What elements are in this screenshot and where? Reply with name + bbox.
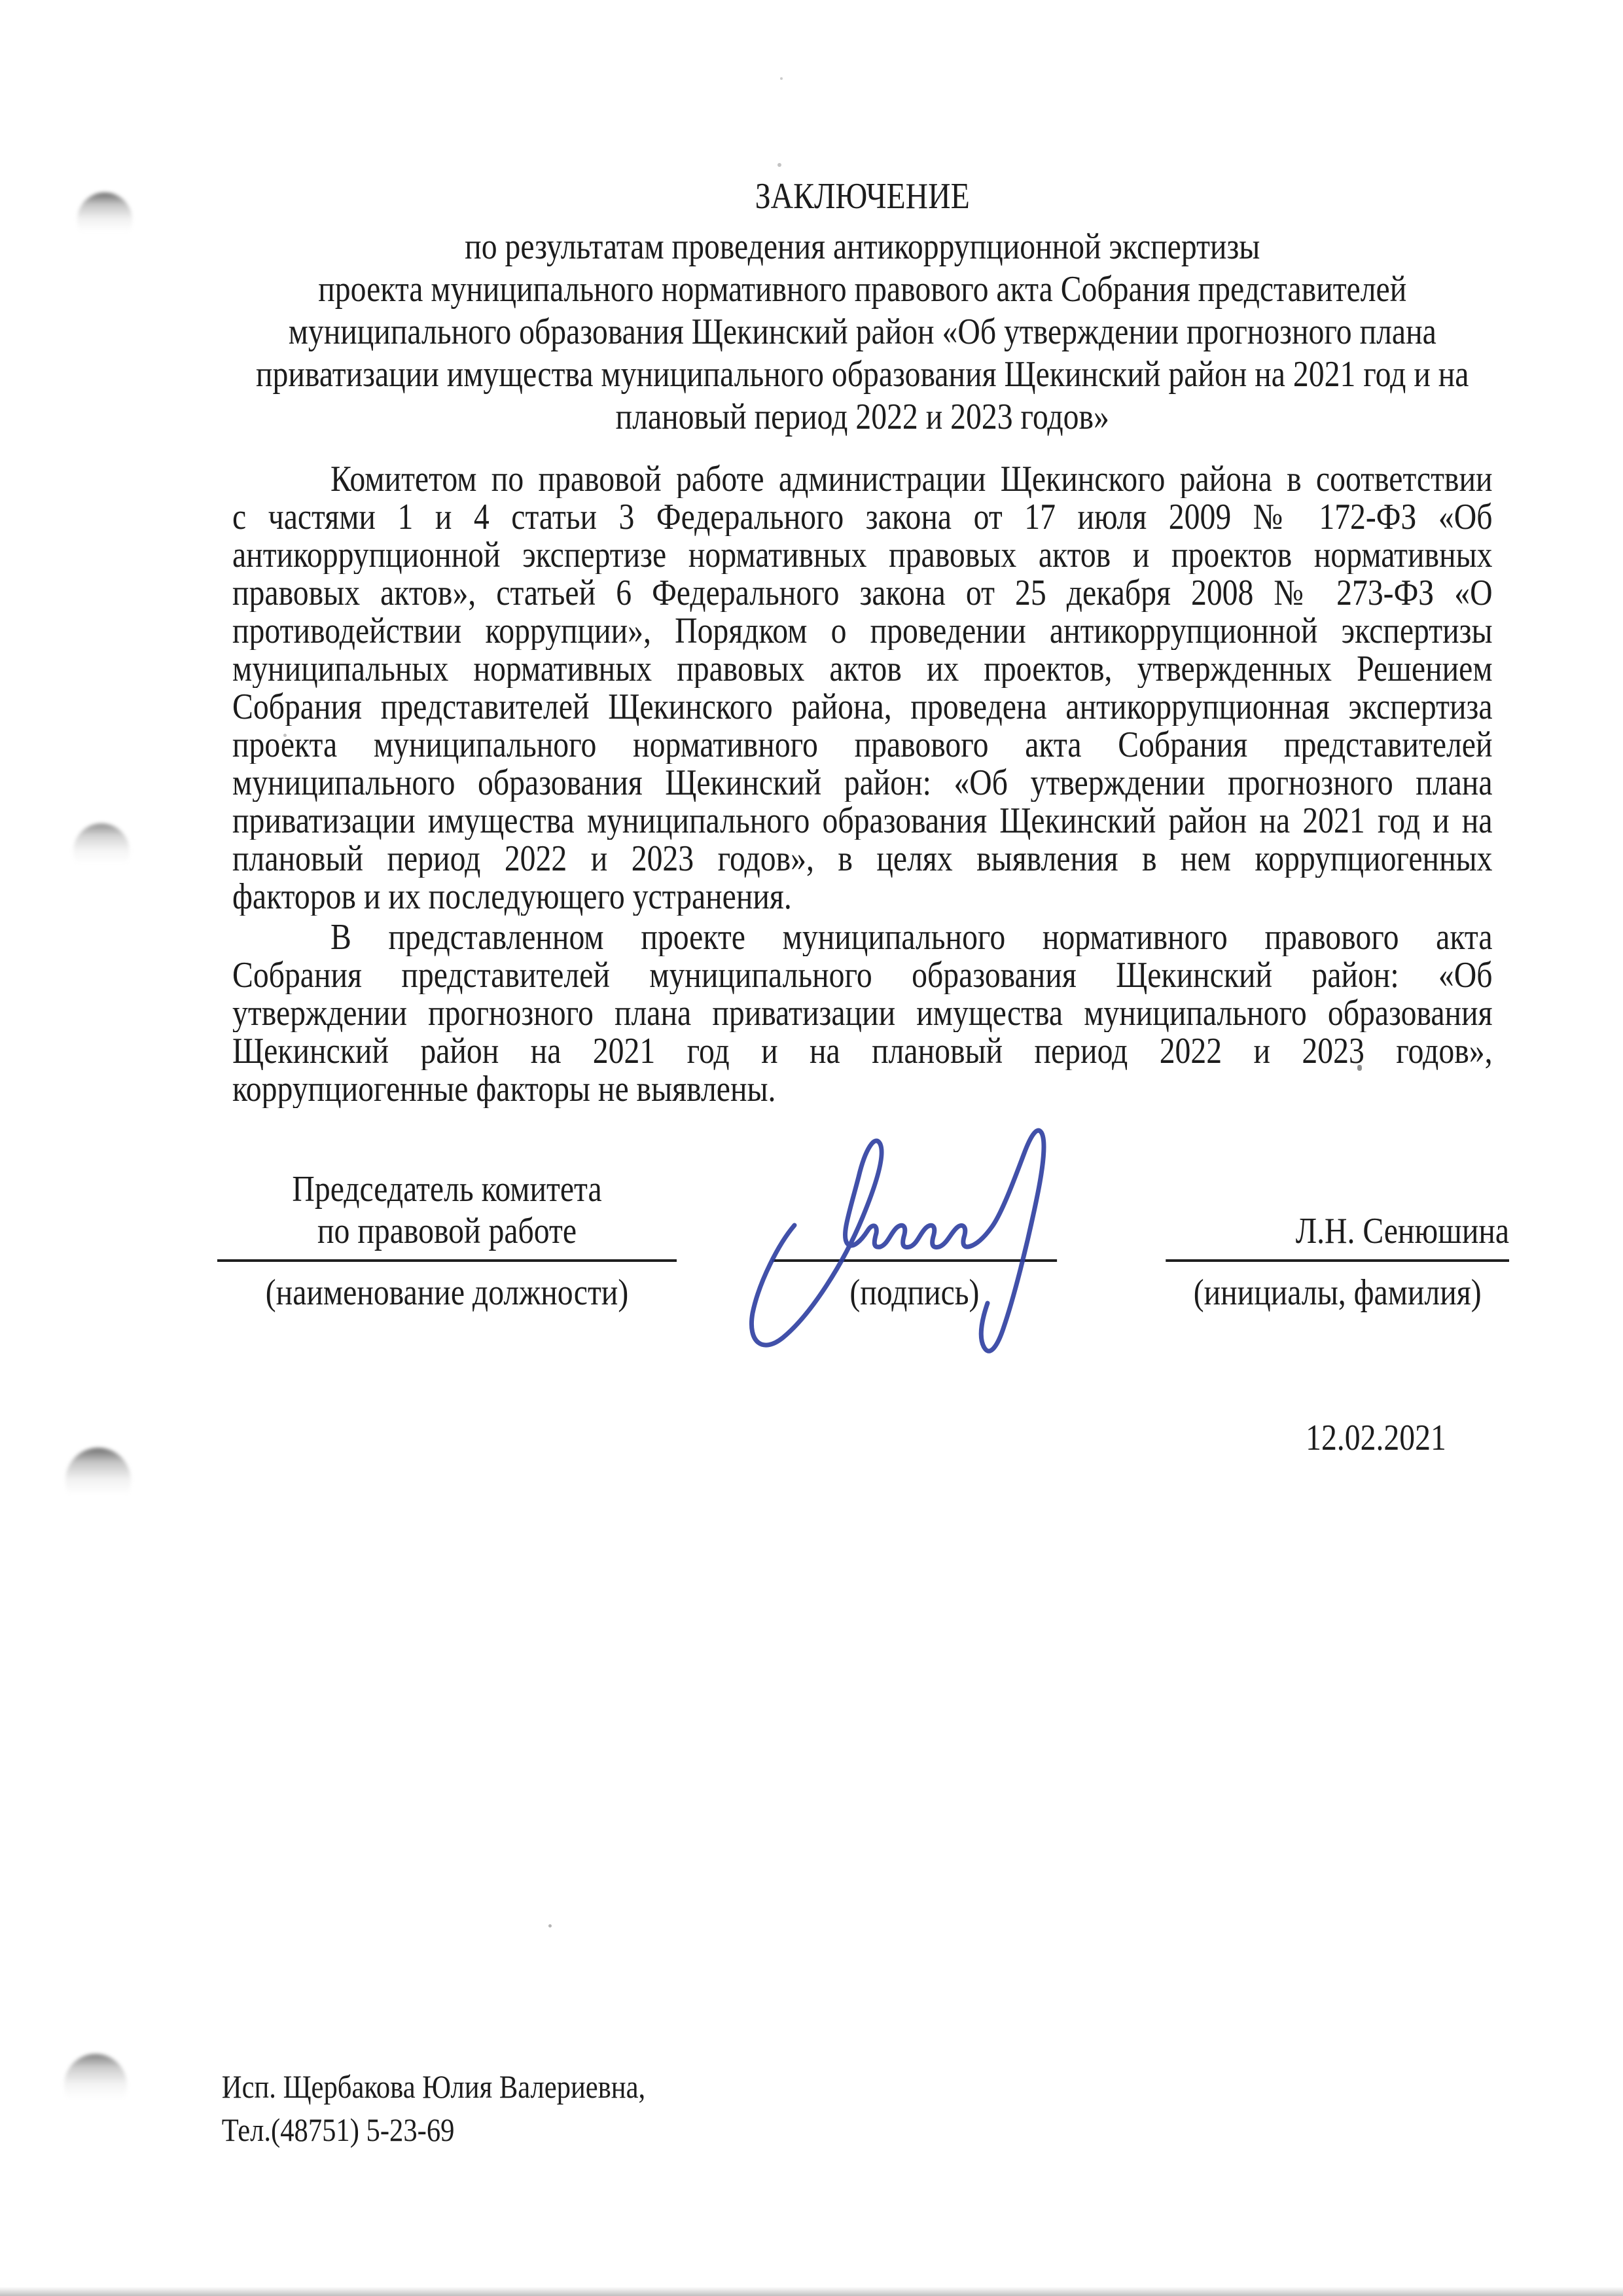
paragraph-line: муниципальных нормативных правовых актов… bbox=[232, 650, 1493, 688]
signer-name: Л.Н. Сенюшина bbox=[1166, 1212, 1509, 1250]
paragraph-line: плановый период 2022 и 2023 годов», в це… bbox=[232, 840, 1493, 878]
document-date: 12.02.2021 bbox=[1306, 1419, 1446, 1457]
paragraph-line: муниципального образования Щекинский рай… bbox=[232, 764, 1493, 802]
paragraph-line: приватизации имущества муниципального об… bbox=[232, 802, 1493, 840]
paragraph-line: В представленном проекте муниципального … bbox=[232, 918, 1493, 956]
signature-rule-position bbox=[217, 1259, 677, 1262]
paragraph-line: правовых актов», статьей 6 Федерального … bbox=[232, 574, 1493, 612]
body-paragraph-2: В представленном проекте муниципального … bbox=[232, 918, 1493, 1108]
punch-hole-artifact bbox=[77, 192, 132, 247]
subject-line: проекта муниципального нормативного прав… bbox=[232, 268, 1493, 311]
subject-line: приватизации имущества муниципального об… bbox=[232, 353, 1493, 396]
paragraph-line: Собрания представителей муниципального о… bbox=[232, 956, 1493, 994]
document-title-block: ЗАКЛЮЧЕНИЕ по результатам проведения ант… bbox=[232, 175, 1493, 439]
scanner-bottom-edge-artifact bbox=[0, 2287, 1623, 2296]
punch-hole-artifact bbox=[65, 1448, 131, 1513]
paragraph-line: антикоррупционной экспертизе нормативных… bbox=[232, 536, 1493, 574]
executor-block: Исп. Щербакова Юлия Валериевна, Тел.(487… bbox=[222, 2065, 645, 2151]
handwritten-signature-ink bbox=[732, 1127, 1085, 1376]
paragraph-line: Собрания представителей Щекинского район… bbox=[232, 688, 1493, 726]
paragraph-line: коррупциогенные факторы не выявлены. bbox=[232, 1070, 1493, 1108]
paragraph-line: Щекинский район на 2021 год и на плановы… bbox=[232, 1032, 1493, 1070]
paragraph-line: противодействии коррупции», Порядком о п… bbox=[232, 612, 1493, 650]
signature-rule-name bbox=[1166, 1259, 1509, 1262]
document-subtitle: по результатам проведения антикоррупцион… bbox=[232, 226, 1493, 268]
paragraph-line: Комитетом по правовой работе администрац… bbox=[232, 460, 1493, 498]
document-title: ЗАКЛЮЧЕНИЕ bbox=[232, 175, 1493, 218]
paragraph-line: факторов и их последующего устранения. bbox=[232, 878, 1493, 916]
scanned-document-page: ЗАКЛЮЧЕНИЕ по результатам проведения ант… bbox=[0, 0, 1623, 2296]
subject-line: муниципального образования Щекинский рай… bbox=[232, 311, 1493, 353]
paragraph-line: утверждении прогнозного плана приватизац… bbox=[232, 994, 1493, 1032]
punch-hole-artifact bbox=[73, 823, 130, 880]
body-paragraph-1: Комитетом по правовой работе администрац… bbox=[232, 460, 1493, 916]
name-caption: (инициалы, фамилия) bbox=[1166, 1274, 1509, 1312]
executor-phone: Тел.(48751) 5-23-69 bbox=[222, 2108, 645, 2151]
paragraph-line: с частями 1 и 4 статьи 3 Федерального за… bbox=[232, 498, 1493, 536]
signer-position-line-2: по правовой работе bbox=[217, 1212, 677, 1250]
executor-name: Исп. Щербакова Юлия Валериевна, bbox=[222, 2065, 645, 2108]
punch-hole-artifact bbox=[64, 2054, 127, 2117]
paragraph-line: проекта муниципального нормативного прав… bbox=[232, 726, 1493, 764]
position-caption: (наименование должности) bbox=[217, 1274, 677, 1312]
signer-position-line-1: Председатель комитета bbox=[217, 1170, 677, 1208]
subject-line: плановый период 2022 и 2023 годов» bbox=[232, 396, 1493, 439]
